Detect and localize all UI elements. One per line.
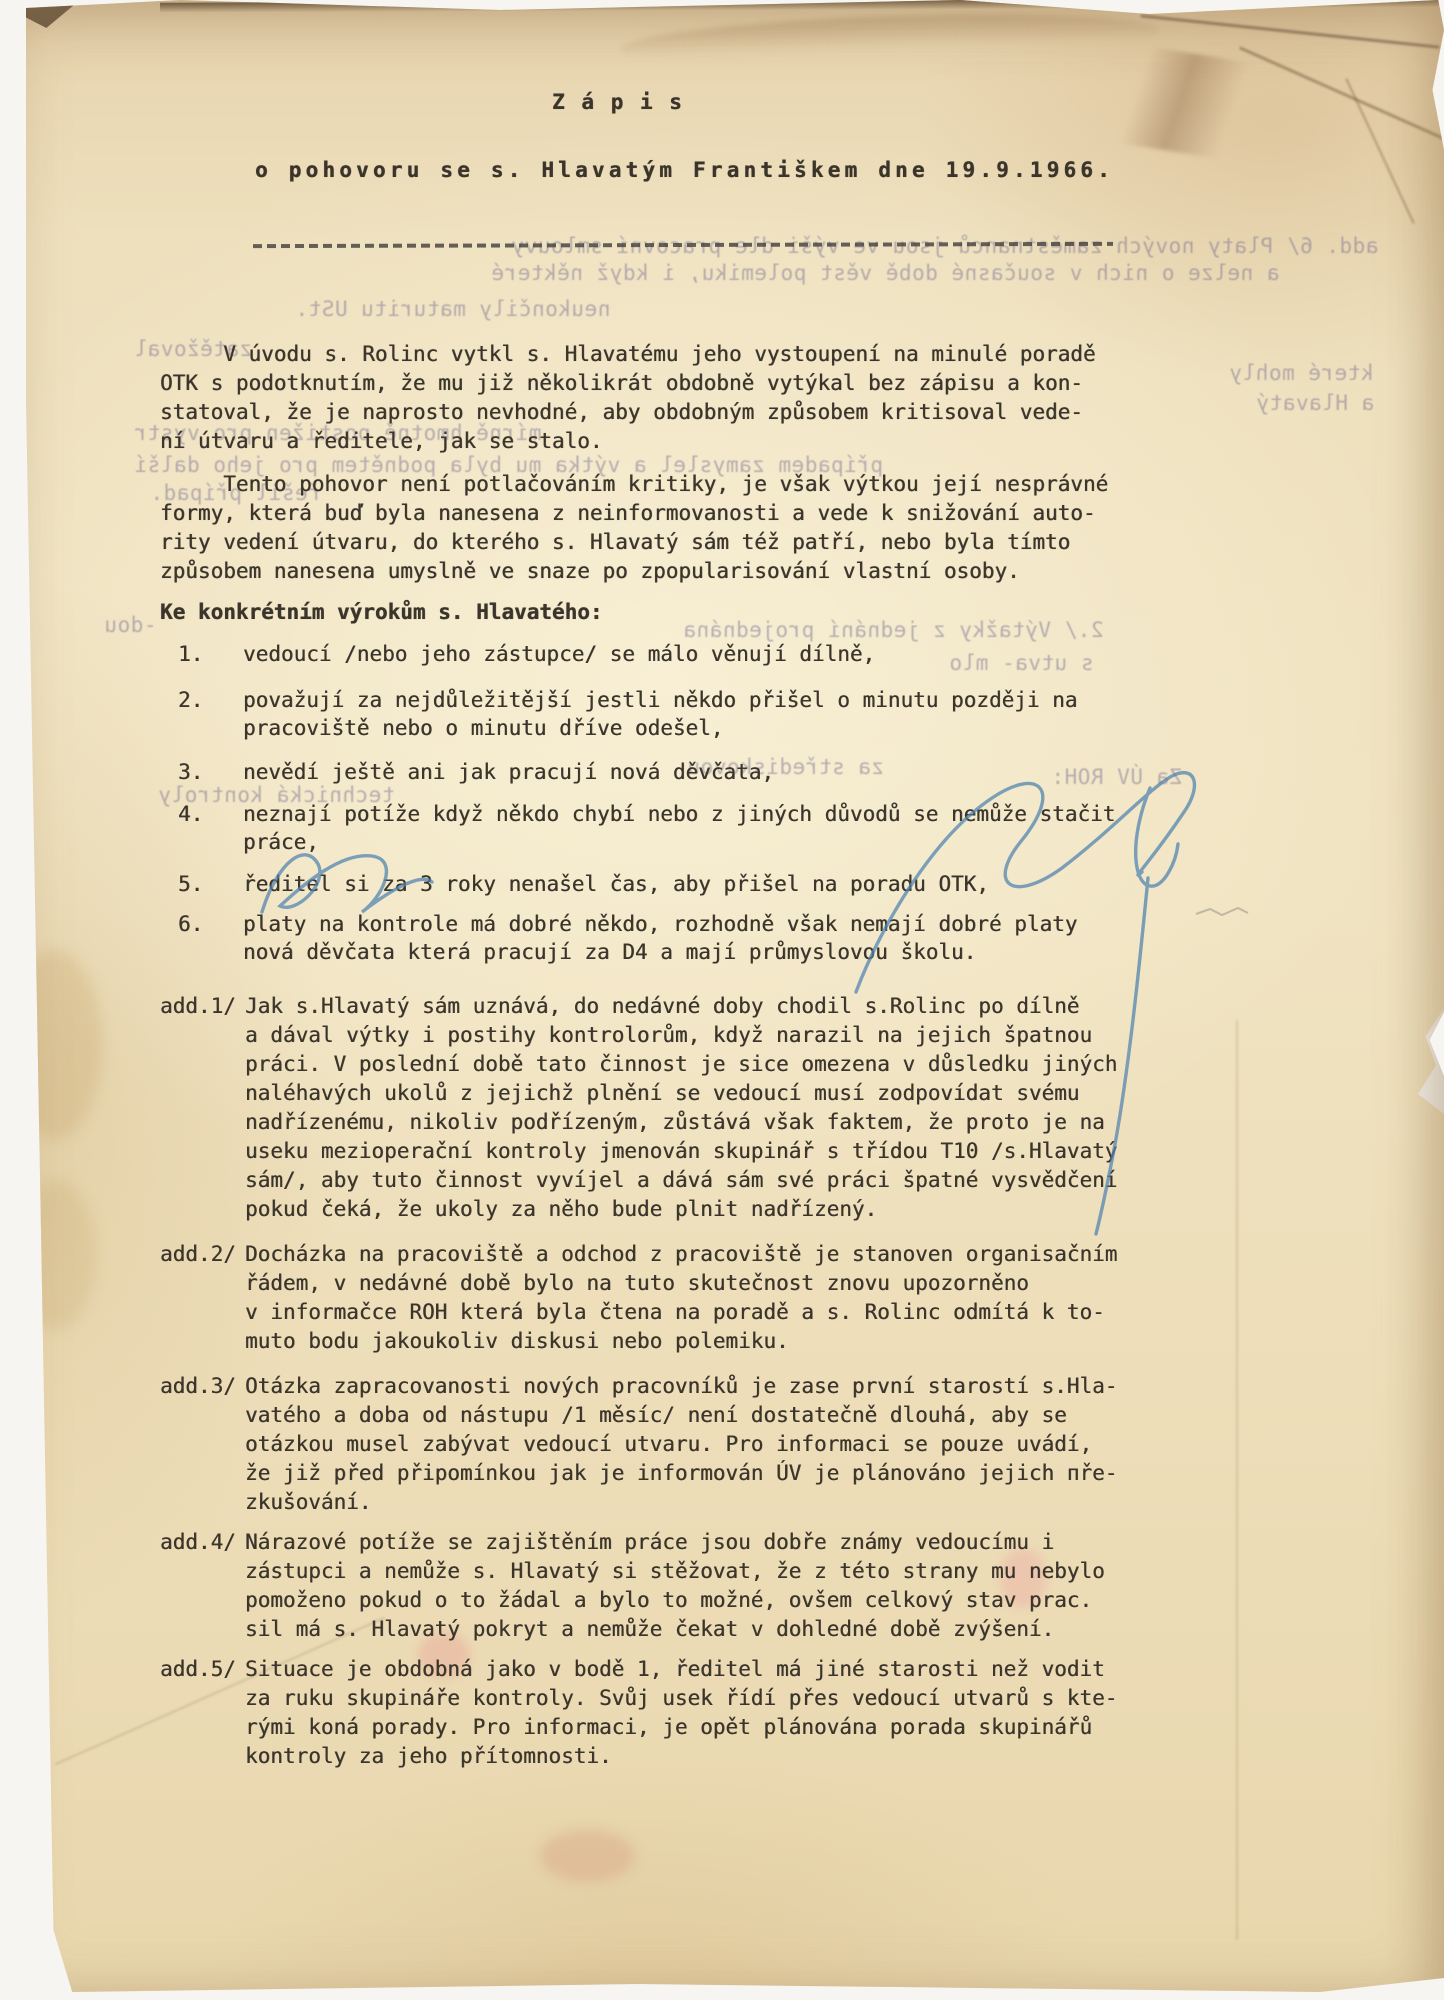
add-item: add.4/Nárazové potíže se zajištěním prác… [160,1528,1105,1644]
add-item: add.1/Jak s.Hlavatý sám uznává, do nedáv… [160,992,1117,1224]
item-text: nevědí ještě ani jak pracují nová děvčat… [243,758,774,786]
list-item: 6.platy na kontrole má dobré někdo, rozh… [178,910,1077,966]
add-item: add.2/Docházka na pracoviště a odchod z … [160,1240,1117,1356]
paper-sheet: add. 6/ Platy nových zaměstnanců jsou ve… [0,0,1444,2000]
item-text: neznají potíže když někdo chybí nebo z j… [243,800,1115,856]
item-text: ředitel si za 3 roky nenašel čas, aby př… [243,870,989,898]
bleedthrough-line: Za ÚV ROH: [1051,764,1182,790]
add-label: add.1/ [160,992,245,1021]
top-left-tear [22,0,80,28]
paper-stain [540,1830,635,1882]
add-item: add.5/Situace je obdobná jako v bodě 1, … [160,1655,1117,1771]
fold-line [1236,1020,1238,1940]
list-heading: Ke konkrétním výrokům s. Hlavatého: [160,598,603,627]
list-item: 2.považují za nejdůležitější jestli někd… [178,686,1077,742]
torn-top-edge [160,0,1444,13]
item-number: 1. [178,640,243,668]
list-item: 4.neznají potíže když někdo chybí nebo z… [178,800,1115,856]
bleedthrough-line: které mohly [1229,360,1374,386]
scanned-document: add. 6/ Platy nových zaměstnanců jsou ve… [0,0,1444,2000]
list-item: 1.vedoucí /nebo jeho zástupce/ se málo v… [178,640,875,668]
paper-stain [6,950,102,1140]
document-subtitle: o pohovoru se s. Hlavatým Františkem dne… [255,156,1114,185]
add-text: Docházka na pracoviště a odchod z pracov… [245,1240,1117,1356]
crease-mark [1141,14,1440,48]
crease-mark [619,7,1160,74]
list-item: 3.nevědí ještě ani jak pracují nová děvč… [178,758,774,786]
item-number: 6. [178,910,243,938]
item-number: 3. [178,758,243,786]
add-text: Nárazové potíže se zajištěním práce jsou… [245,1528,1105,1644]
item-number: 2. [178,686,243,714]
list-item: 5.ředitel si za 3 roky nenašel čas, aby … [178,870,989,898]
item-text: považují za nejdůležitější jestli někdo … [243,686,1077,742]
add-label: add.4/ [160,1528,245,1557]
crease-mark [1345,78,1414,224]
bleedthrough-line: neukončily maturitu USt. [295,296,610,322]
add-text: Otázka zapracovanosti nových pracovníků … [245,1372,1117,1517]
bleedthrough-line: s utva- mlo [949,650,1094,676]
item-text: vedoucí /nebo jeho zástupce/ se málo věn… [243,640,875,668]
bleedthrough-line: a nelze o nich v současné době věst pole… [491,260,1280,286]
intro-paragraph: Tento pohovor není potlačováním kritiky,… [160,470,1108,586]
right-edge-tear [1418,1002,1444,1117]
intro-paragraph: V úvodu s. Rolinc vytkl s. Hlavatému jeh… [160,340,1096,456]
bleedthrough-line: a Hlavatý [1256,390,1374,416]
item-text: platy na kontrole má dobré někdo, rozhod… [243,910,1077,966]
document-title: Z á p i s [552,88,684,117]
add-text: Situace je obdobná jako v bodě 1, ředite… [245,1655,1117,1771]
add-label: add.5/ [160,1655,245,1684]
paper-stain [16,1180,96,1330]
add-item: add.3/Otázka zapracovanosti nových praco… [160,1372,1117,1517]
pencil-mark [1196,908,1248,915]
crease-mark [1239,46,1444,140]
bleedthrough-line: -dou [104,612,157,638]
item-number: 4. [178,800,243,828]
add-label: add.3/ [160,1372,245,1401]
item-number: 5. [178,870,243,898]
add-text: Jak s.Hlavatý sám uznává, do nedávné dob… [245,992,1117,1224]
add-label: add.2/ [160,1240,245,1269]
